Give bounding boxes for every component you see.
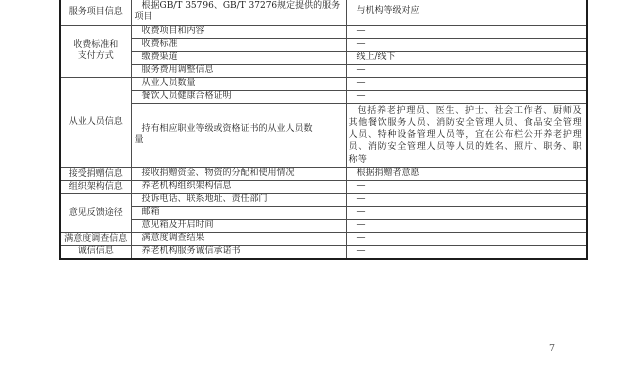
note-text: — — [347, 181, 587, 193]
category-cell: 服务项目信息 — [60, 0, 131, 25]
note-cell: — — [346, 193, 587, 206]
note-cell: 与机构等级对应 — [346, 0, 587, 25]
note-text: — — [347, 220, 587, 232]
item-cell: 邮箱 — [131, 206, 346, 219]
note-text: 线上/线下 — [347, 52, 587, 64]
item-cell: 收费标准 — [131, 38, 346, 51]
item-cell: 投诉电话、联系地址、责任部门 — [131, 193, 346, 206]
note-text: — — [347, 233, 587, 245]
item-cell: 养老机构服务诚信承诺书 — [131, 245, 346, 258]
category-cell: 从业人员信息 — [60, 77, 131, 167]
table-row: 从业人员信息从业人员数量— — [60, 77, 587, 90]
note-cell: — — [346, 206, 587, 219]
table-row: 收费标准— — [60, 38, 587, 51]
table-row: 接受捐赠信息接收捐赠资金、物资的分配和使用情况根据捐赠者意愿 — [60, 167, 587, 180]
item-text: 根据GB/T 35796、GB/T 37276规定提供的服务项目 — [132, 1, 346, 24]
item-cell: 接收捐赠资金、物资的分配和使用情况 — [131, 167, 346, 180]
item-text: 满意度调查结果 — [132, 233, 346, 245]
item-cell: 持有相应职业等级或资格证书的从业人员数量 — [131, 103, 346, 167]
category-cell: 诚信信息 — [60, 245, 131, 258]
note-cell: — — [346, 38, 587, 51]
item-text: 接收捐赠资金、物资的分配和使用情况 — [132, 168, 346, 180]
note-cell: — — [346, 219, 587, 232]
document-page: 服务项目信息根据GB/T 35796、GB/T 37276规定提供的服务项目与机… — [0, 0, 640, 366]
table-row: 收费标准和 支付方式收费项目和内容— — [60, 25, 587, 38]
table-row: 服务项目信息根据GB/T 35796、GB/T 37276规定提供的服务项目与机… — [60, 0, 587, 25]
note-text: — — [347, 26, 587, 38]
note-cell: — — [346, 25, 587, 38]
table-row: 缴费渠道线上/线下 — [60, 51, 587, 64]
category-cell: 接受捐赠信息 — [60, 167, 131, 180]
table-row: 意见反馈途径投诉电话、联系地址、责任部门— — [60, 193, 587, 206]
item-text: 餐饮人员健康合格证明 — [132, 91, 346, 103]
note-cell: — — [346, 90, 587, 103]
item-text: 投诉电话、联系地址、责任部门 — [132, 194, 346, 206]
item-cell: 收费项目和内容 — [131, 25, 346, 38]
note-text: — — [347, 194, 587, 206]
note-cell: 线上/线下 — [346, 51, 587, 64]
table-row: 满意度调查信息满意度调查结果— — [60, 232, 587, 245]
note-cell: — — [346, 77, 587, 90]
item-cell: 根据GB/T 35796、GB/T 37276规定提供的服务项目 — [131, 0, 346, 25]
category-cell: 收费标准和 支付方式 — [60, 25, 131, 77]
note-text: — — [347, 207, 587, 219]
note-text: — — [347, 39, 587, 51]
item-text: 邮箱 — [132, 207, 346, 219]
table-body: 服务项目信息根据GB/T 35796、GB/T 37276规定提供的服务项目与机… — [60, 0, 587, 259]
note-text: — — [347, 246, 587, 258]
table-row: 餐饮人员健康合格证明— — [60, 90, 587, 103]
item-cell: 缴费渠道 — [131, 51, 346, 64]
note-text: 包括养老护理员、医生、护士、社会工作者、厨师及其他餐饮服务人员、消防安全管理人员… — [347, 104, 587, 167]
note-text: 根据捐赠者意愿 — [347, 168, 587, 180]
table-row: 邮箱— — [60, 206, 587, 219]
category-cell: 满意度调查信息 — [60, 232, 131, 245]
item-cell: 餐饮人员健康合格证明 — [131, 90, 346, 103]
item-text: 收费项目和内容 — [132, 26, 346, 38]
note-cell: 包括养老护理员、医生、护士、社会工作者、厨师及其他餐饮服务人员、消防安全管理人员… — [346, 103, 587, 167]
page-number: 7 — [549, 343, 555, 354]
item-cell: 从业人员数量 — [131, 77, 346, 90]
note-cell: — — [346, 232, 587, 245]
note-text: — — [347, 65, 587, 77]
table-row: 持有相应职业等级或资格证书的从业人员数量包括养老护理员、医生、护士、社会工作者、… — [60, 103, 587, 167]
item-cell: 养老机构组织架构信息 — [131, 180, 346, 193]
table-row: 诚信信息养老机构服务诚信承诺书— — [60, 245, 587, 258]
note-text: — — [347, 78, 587, 90]
item-text: 持有相应职业等级或资格证书的从业人员数量 — [132, 124, 324, 147]
item-cell: 服务费用调整信息 — [131, 64, 346, 77]
note-text: — — [347, 91, 587, 103]
note-cell: — — [346, 245, 587, 258]
item-cell: 满意度调查结果 — [131, 232, 346, 245]
note-text: 与机构等级对应 — [347, 6, 587, 18]
item-cell: 意见箱及开启时间 — [131, 219, 346, 232]
table-row: 意见箱及开启时间— — [60, 219, 587, 232]
public-info-table: 服务项目信息根据GB/T 35796、GB/T 37276规定提供的服务项目与机… — [59, 0, 588, 260]
category-cell: 意见反馈途径 — [60, 193, 131, 232]
item-text: 缴费渠道 — [132, 52, 346, 64]
category-cell: 组织架构信息 — [60, 180, 131, 193]
item-text: 服务费用调整信息 — [132, 65, 346, 77]
note-cell: 根据捐赠者意愿 — [346, 167, 587, 180]
note-cell: — — [346, 180, 587, 193]
item-text: 意见箱及开启时间 — [132, 220, 346, 232]
table-row: 服务费用调整信息— — [60, 64, 587, 77]
item-text: 养老机构组织架构信息 — [132, 181, 346, 193]
item-text: 从业人员数量 — [132, 78, 346, 90]
note-cell: — — [346, 64, 587, 77]
table-row: 组织架构信息养老机构组织架构信息— — [60, 180, 587, 193]
item-text: 收费标准 — [132, 39, 346, 51]
item-text: 养老机构服务诚信承诺书 — [132, 246, 346, 258]
